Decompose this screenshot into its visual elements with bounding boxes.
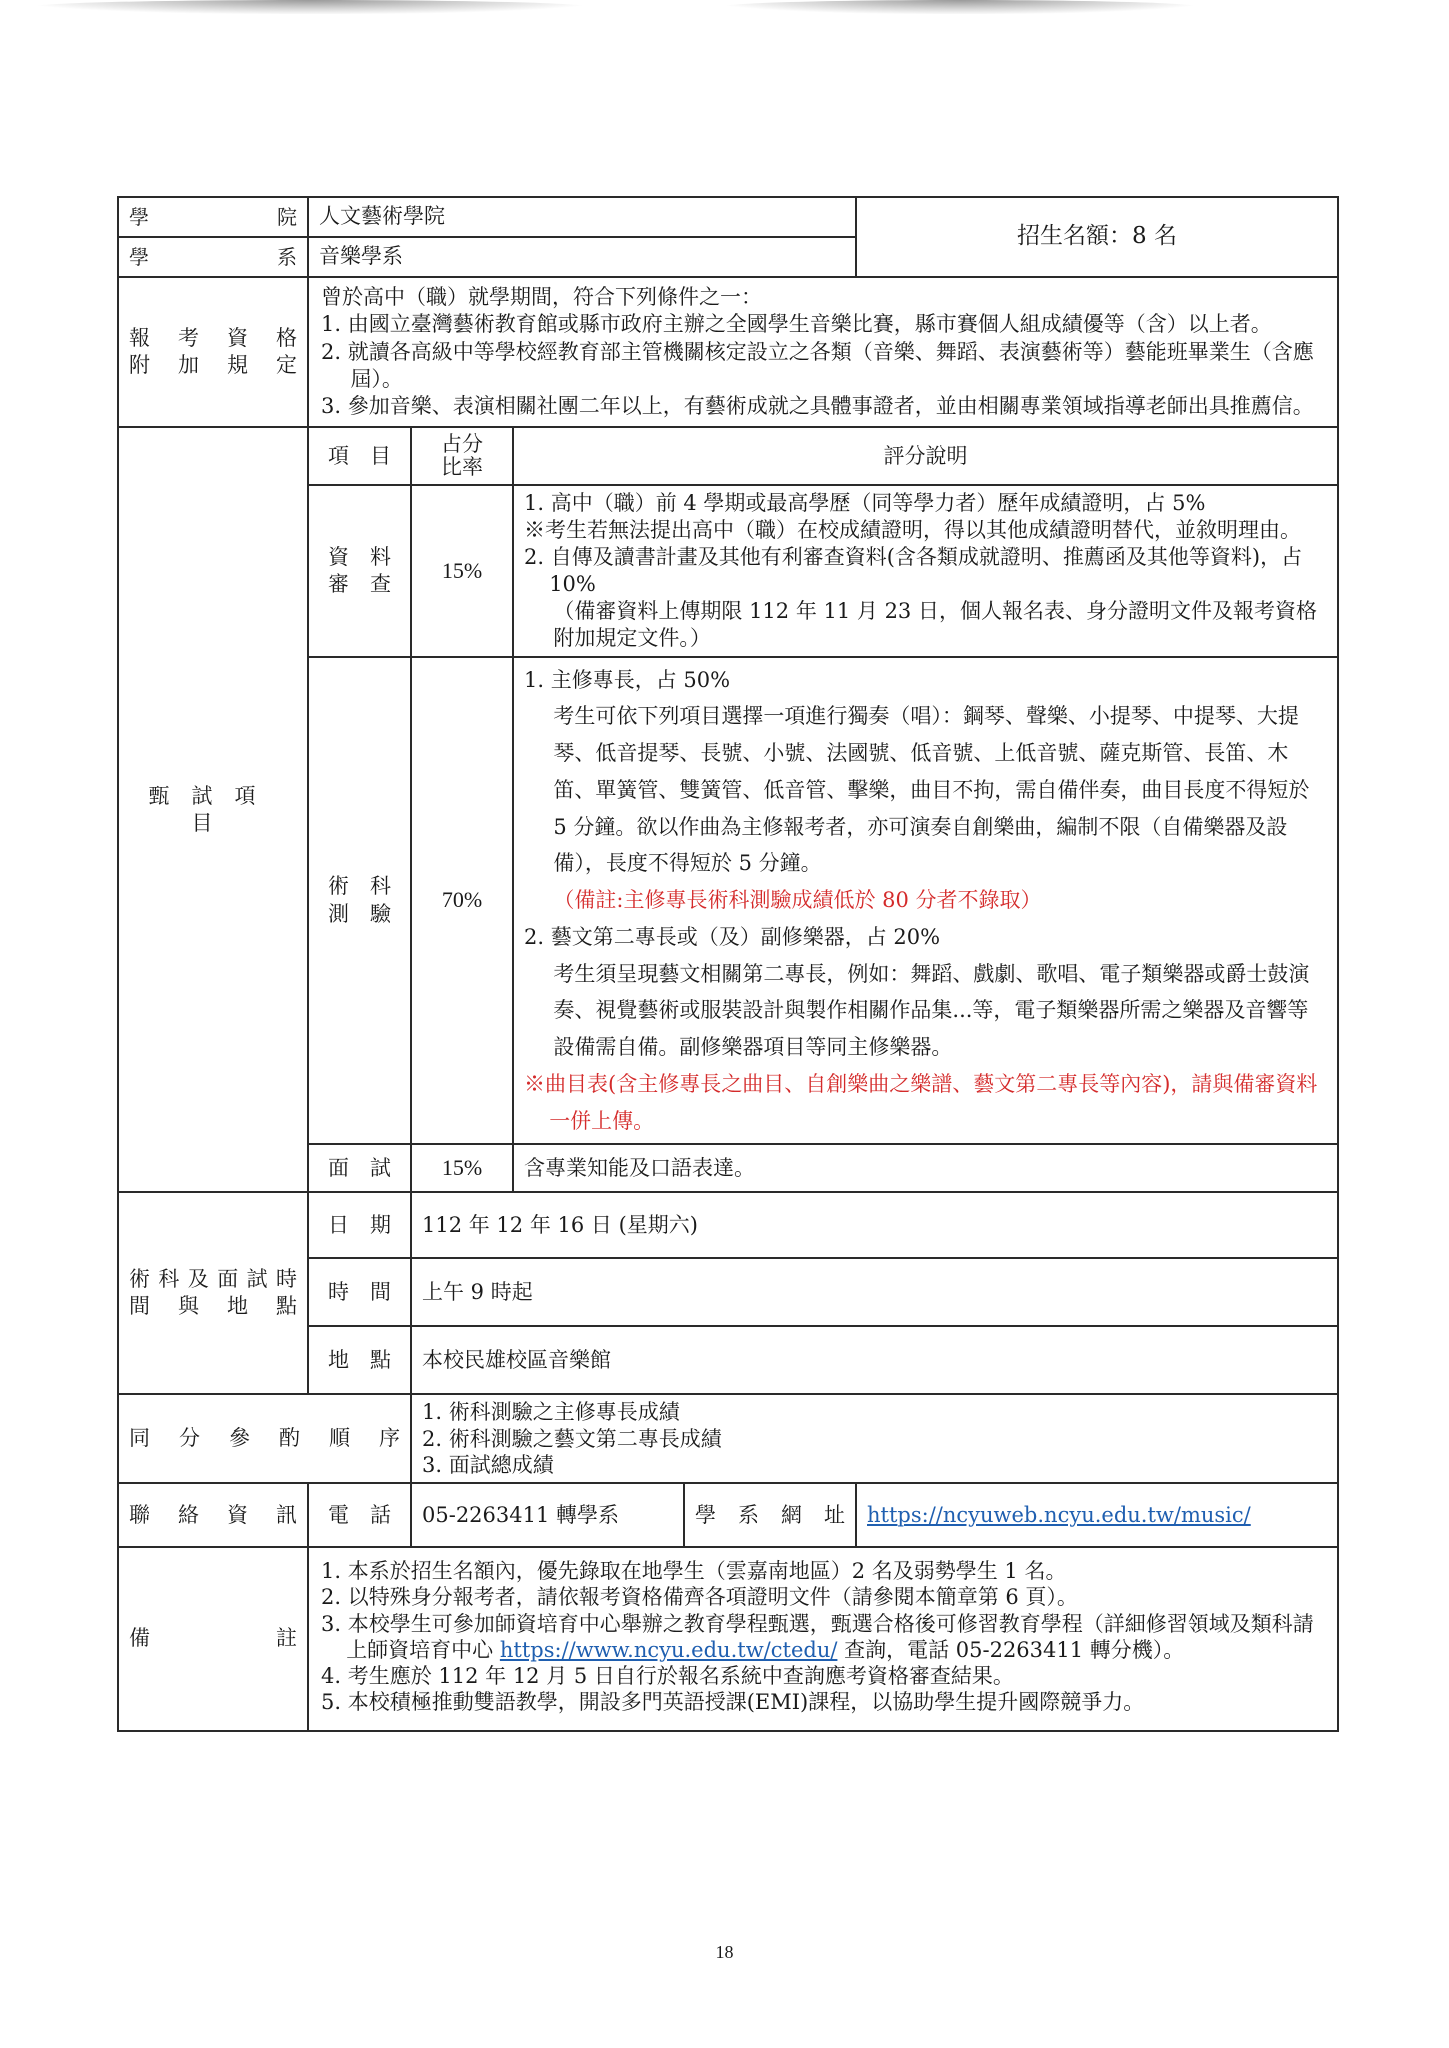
eligibility-item: 3. 參加音樂、表演相關社團二年以上，有藝術成就之具體事證者，並由相關專業領域指…: [321, 393, 1325, 420]
contact-row: 聯絡資訊 電 話 05-2263411 轉學系 學系網址 https://ncy…: [118, 1483, 1338, 1547]
schedule-date-row: 術科及面試時 間與地點 日 期 112 年 12 年 16 日 (星期六): [118, 1192, 1338, 1258]
admission-table: 學 院 人文藝術學院 招生名額：8 名 學 系 音樂學系 報考資格 附加規定 曾…: [117, 196, 1339, 1732]
eligibility-item: 1. 由國立臺灣藝術教育館或縣市政府主辦之全國學生音樂比賽，縣市賽個人組成績優等…: [321, 311, 1325, 338]
major-score-note: （備註:主修專長術科測驗成績低於 80 分者不錄取）: [524, 882, 1327, 919]
site-url-cell: https://ncyuweb.ncyu.edu.tw/music/: [856, 1483, 1338, 1547]
remarks-row: 備 註 1. 本系於招生名額內，優先錄取在地學生（雲嘉南地區）2 名及弱勢學生 …: [118, 1547, 1338, 1731]
time-label: 時 間: [308, 1258, 411, 1326]
exam-desc: 含專業知能及口語表達。: [513, 1144, 1338, 1192]
dept-value: 音樂學系: [308, 237, 856, 277]
remark-item: 4. 考生應於 112 年 12 月 5 日自行於報名系統中查詢應考資格審查結果…: [321, 1663, 1325, 1689]
exam-ratio: 15%: [411, 1144, 513, 1192]
remarks-content: 1. 本系於招生名額內，優先錄取在地學生（雲嘉南地區）2 名及弱勢學生 1 名。…: [308, 1547, 1338, 1731]
date-label: 日 期: [308, 1192, 411, 1258]
scan-shadow-right: [720, 0, 1200, 14]
remark-item: 3. 本校學生可參加師資培育中心舉辦之教育學程甄選，甄選合格後可修習教育學程（詳…: [321, 1611, 1325, 1664]
place-value: 本校民雄校區音樂館: [411, 1326, 1338, 1394]
site-label: 學系網址: [684, 1483, 856, 1547]
exam-desc: 1. 主修專長，占 50% 考生可依下列項目選擇一項進行獨奏（唱）：鋼琴、聲樂、…: [513, 657, 1338, 1145]
remark-item: 1. 本系於招生名額內，優先錄取在地學生（雲嘉南地區）2 名及弱勢學生 1 名。: [321, 1558, 1325, 1584]
eligibility-item: 2. 就讀各高級中等學校經教育部主管機關核定設立之各類（音樂、舞蹈、表演藝術等）…: [321, 339, 1325, 394]
phone-label: 電 話: [308, 1483, 411, 1547]
eligibility-label: 報考資格 附加規定: [118, 277, 308, 427]
college-value: 人文藝術學院: [308, 197, 856, 237]
college-label: 學 院: [118, 197, 308, 237]
remark-item: 2. 以特殊身分報考者，請依報考資格備齊各項證明文件（請參閱本簡章第 6 頁）。: [321, 1584, 1325, 1610]
tiebreak-item: 3. 面試總成績: [422, 1452, 1327, 1478]
exam-item: 面 試: [308, 1144, 411, 1192]
eligibility-row: 報考資格 附加規定 曾於高中（職）就學期間，符合下列條件之一： 1. 由國立臺灣…: [118, 277, 1338, 427]
exam-header-item: 項 目: [308, 427, 411, 485]
college-row: 學 院 人文藝術學院 招生名額：8 名: [118, 197, 1338, 237]
ctedu-link[interactable]: https://www.ncyu.edu.tw/ctedu/: [500, 1638, 838, 1662]
tiebreak-list: 1. 術科測驗之主修專長成績 2. 術科測驗之藝文第二專長成績 3. 面試總成績: [411, 1394, 1338, 1483]
remarks-label: 備 註: [118, 1547, 308, 1731]
schedule-label: 術科及面試時 間與地點: [118, 1192, 308, 1394]
repertoire-note: ※曲目表(含主修專長之曲目、自創樂曲之樂譜、藝文第二專長等內容)，請與備審資料一…: [524, 1066, 1327, 1140]
exam-ratio: 15%: [411, 485, 513, 656]
tiebreak-row: 同分參酌順序 1. 術科測驗之主修專長成績 2. 術科測驗之藝文第二專長成績 3…: [118, 1394, 1338, 1483]
exam-item: 資 料 審 查: [308, 485, 411, 656]
exam-desc: 1. 高中（職）前 4 學期或最高學歷（同等學力者）歷年成績證明，占 5% ※考…: [513, 485, 1338, 656]
exam-header-row: 甄試項目 項 目 占分 比率 評分說明: [118, 427, 1338, 485]
tiebreak-label: 同分參酌順序: [118, 1394, 411, 1483]
tiebreak-item: 1. 術科測驗之主修專長成績: [422, 1399, 1327, 1425]
exam-header-desc: 評分說明: [513, 427, 1338, 485]
exam-item: 術 科 測 驗: [308, 657, 411, 1145]
eligibility-list: 1. 由國立臺灣藝術教育館或縣市政府主辦之全國學生音樂比賽，縣市賽個人組成績優等…: [321, 311, 1325, 420]
dept-website-link[interactable]: https://ncyuweb.ncyu.edu.tw/music/: [867, 1503, 1251, 1527]
page-number: 18: [0, 1942, 1449, 1963]
exam-header-ratio: 占分 比率: [411, 427, 513, 485]
date-value: 112 年 12 年 16 日 (星期六): [411, 1192, 1338, 1258]
remark-item: 5. 本校積極推動雙語教學，開設多門英語授課(EMI)課程，以協助學生提升國際競…: [321, 1689, 1325, 1715]
quota: 招生名額：8 名: [856, 197, 1338, 277]
phone-value: 05-2263411 轉學系: [411, 1483, 684, 1547]
exam-ratio: 70%: [411, 657, 513, 1145]
dept-label: 學 系: [118, 237, 308, 277]
tiebreak-item: 2. 術科測驗之藝文第二專長成績: [422, 1426, 1327, 1452]
eligibility-content: 曾於高中（職）就學期間，符合下列條件之一： 1. 由國立臺灣藝術教育館或縣市政府…: [308, 277, 1338, 427]
place-label: 地 點: [308, 1326, 411, 1394]
contact-label: 聯絡資訊: [118, 1483, 308, 1547]
time-value: 上午 9 時起: [411, 1258, 1338, 1326]
exam-section-label: 甄試項目: [118, 427, 308, 1192]
scan-shadow-left: [30, 0, 590, 14]
